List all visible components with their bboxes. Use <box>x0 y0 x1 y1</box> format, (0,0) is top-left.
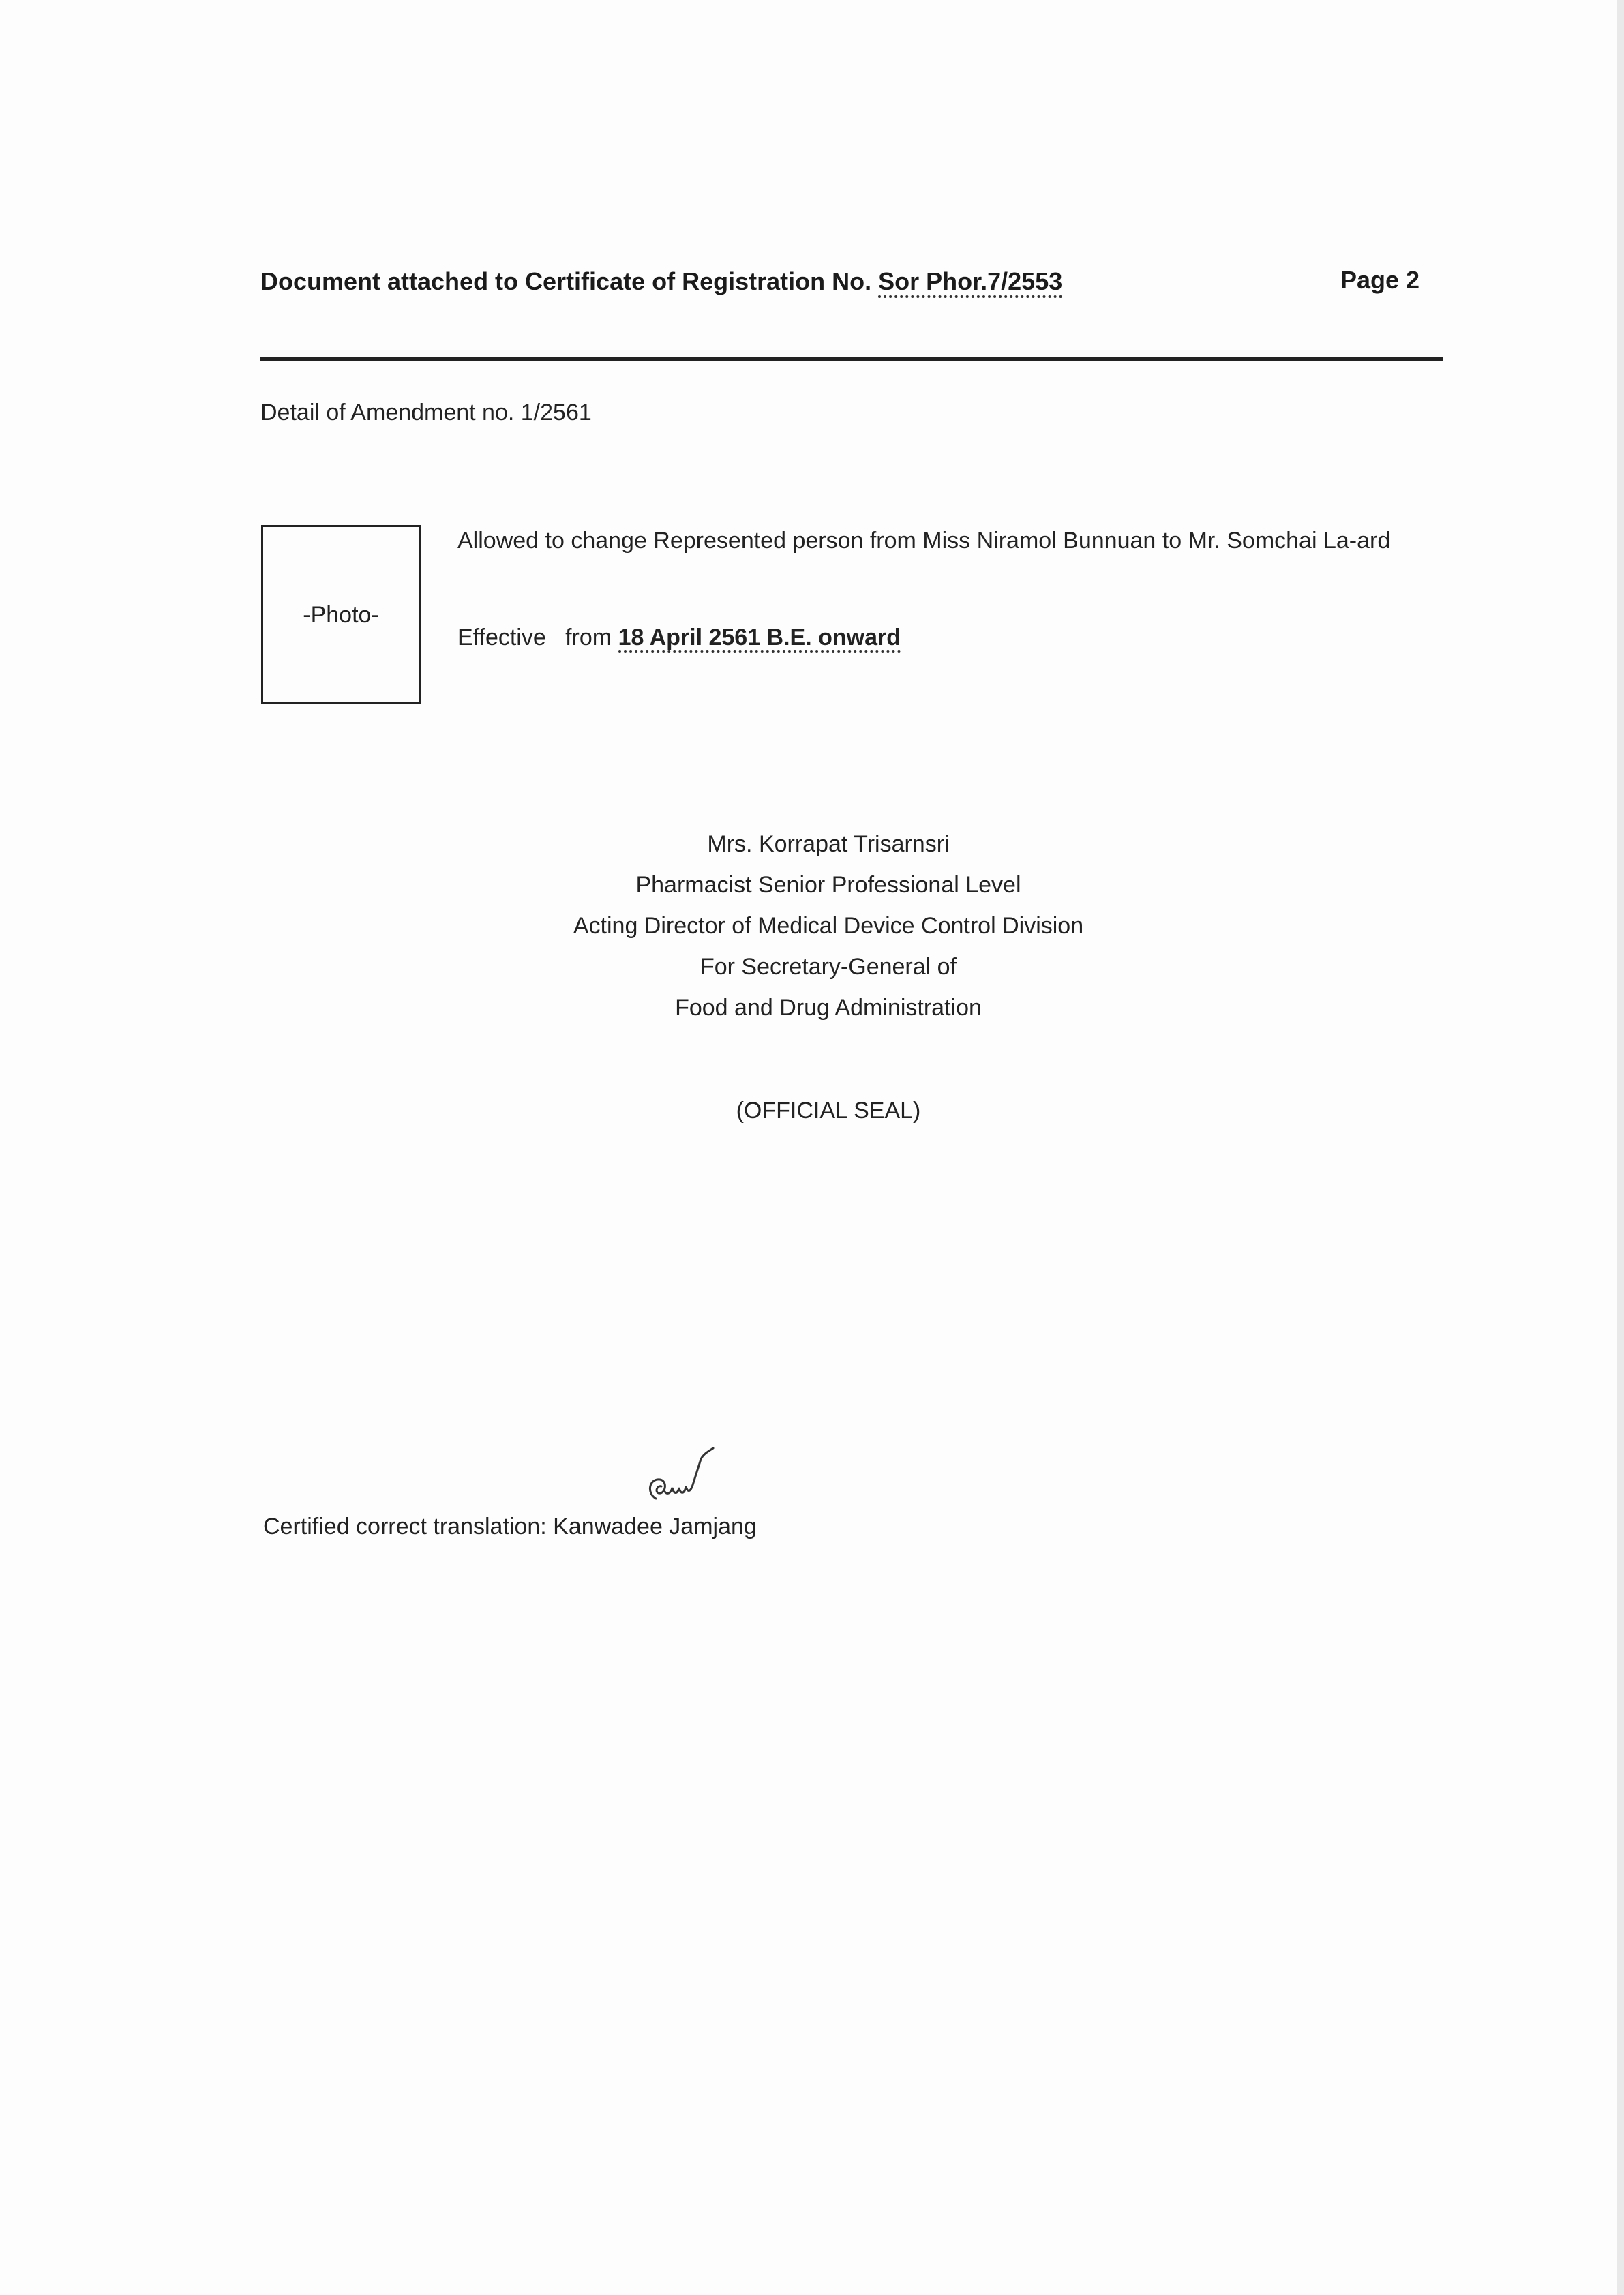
amendment-title: Detail of Amendment no. 1/2561 <box>260 400 592 426</box>
signatory-block: Mrs. Korrapat Trisarnsri Pharmacist Seni… <box>477 824 1179 1028</box>
effective-date: 18 April 2561 B.E. onward <box>618 625 901 653</box>
signatory-for: For Secretary-General of <box>477 946 1179 987</box>
signatory-name: Mrs. Korrapat Trisarnsri <box>477 824 1179 865</box>
translation-certification: Certified correct translation: Kanwadee … <box>263 1514 757 1540</box>
header-title: Document attached to Certificate of Regi… <box>260 267 878 295</box>
page-number: Page 2 <box>1340 266 1419 295</box>
effective-line: Effective from 18 April 2561 B.E. onward <box>457 625 901 651</box>
photo-box: -Photo- <box>261 525 421 704</box>
photo-label: -Photo- <box>263 602 419 629</box>
signatory-org: Food and Drug Administration <box>477 987 1179 1028</box>
signatory-position: Pharmacist Senior Professional Level <box>477 865 1179 905</box>
official-seal: (OFFICIAL SEAL) <box>477 1098 1179 1124</box>
signature-icon <box>641 1445 730 1520</box>
registration-number: Sor Phor.7/2553 <box>878 267 1062 298</box>
change-text: Allowed to change Represented person fro… <box>457 528 1390 554</box>
header-divider <box>260 357 1443 361</box>
effective-label: Effective from <box>457 625 618 650</box>
document-header: Document attached to Certificate of Regi… <box>260 267 1062 296</box>
signatory-role: Acting Director of Medical Device Contro… <box>477 905 1179 946</box>
page-edge <box>1617 0 1624 2295</box>
